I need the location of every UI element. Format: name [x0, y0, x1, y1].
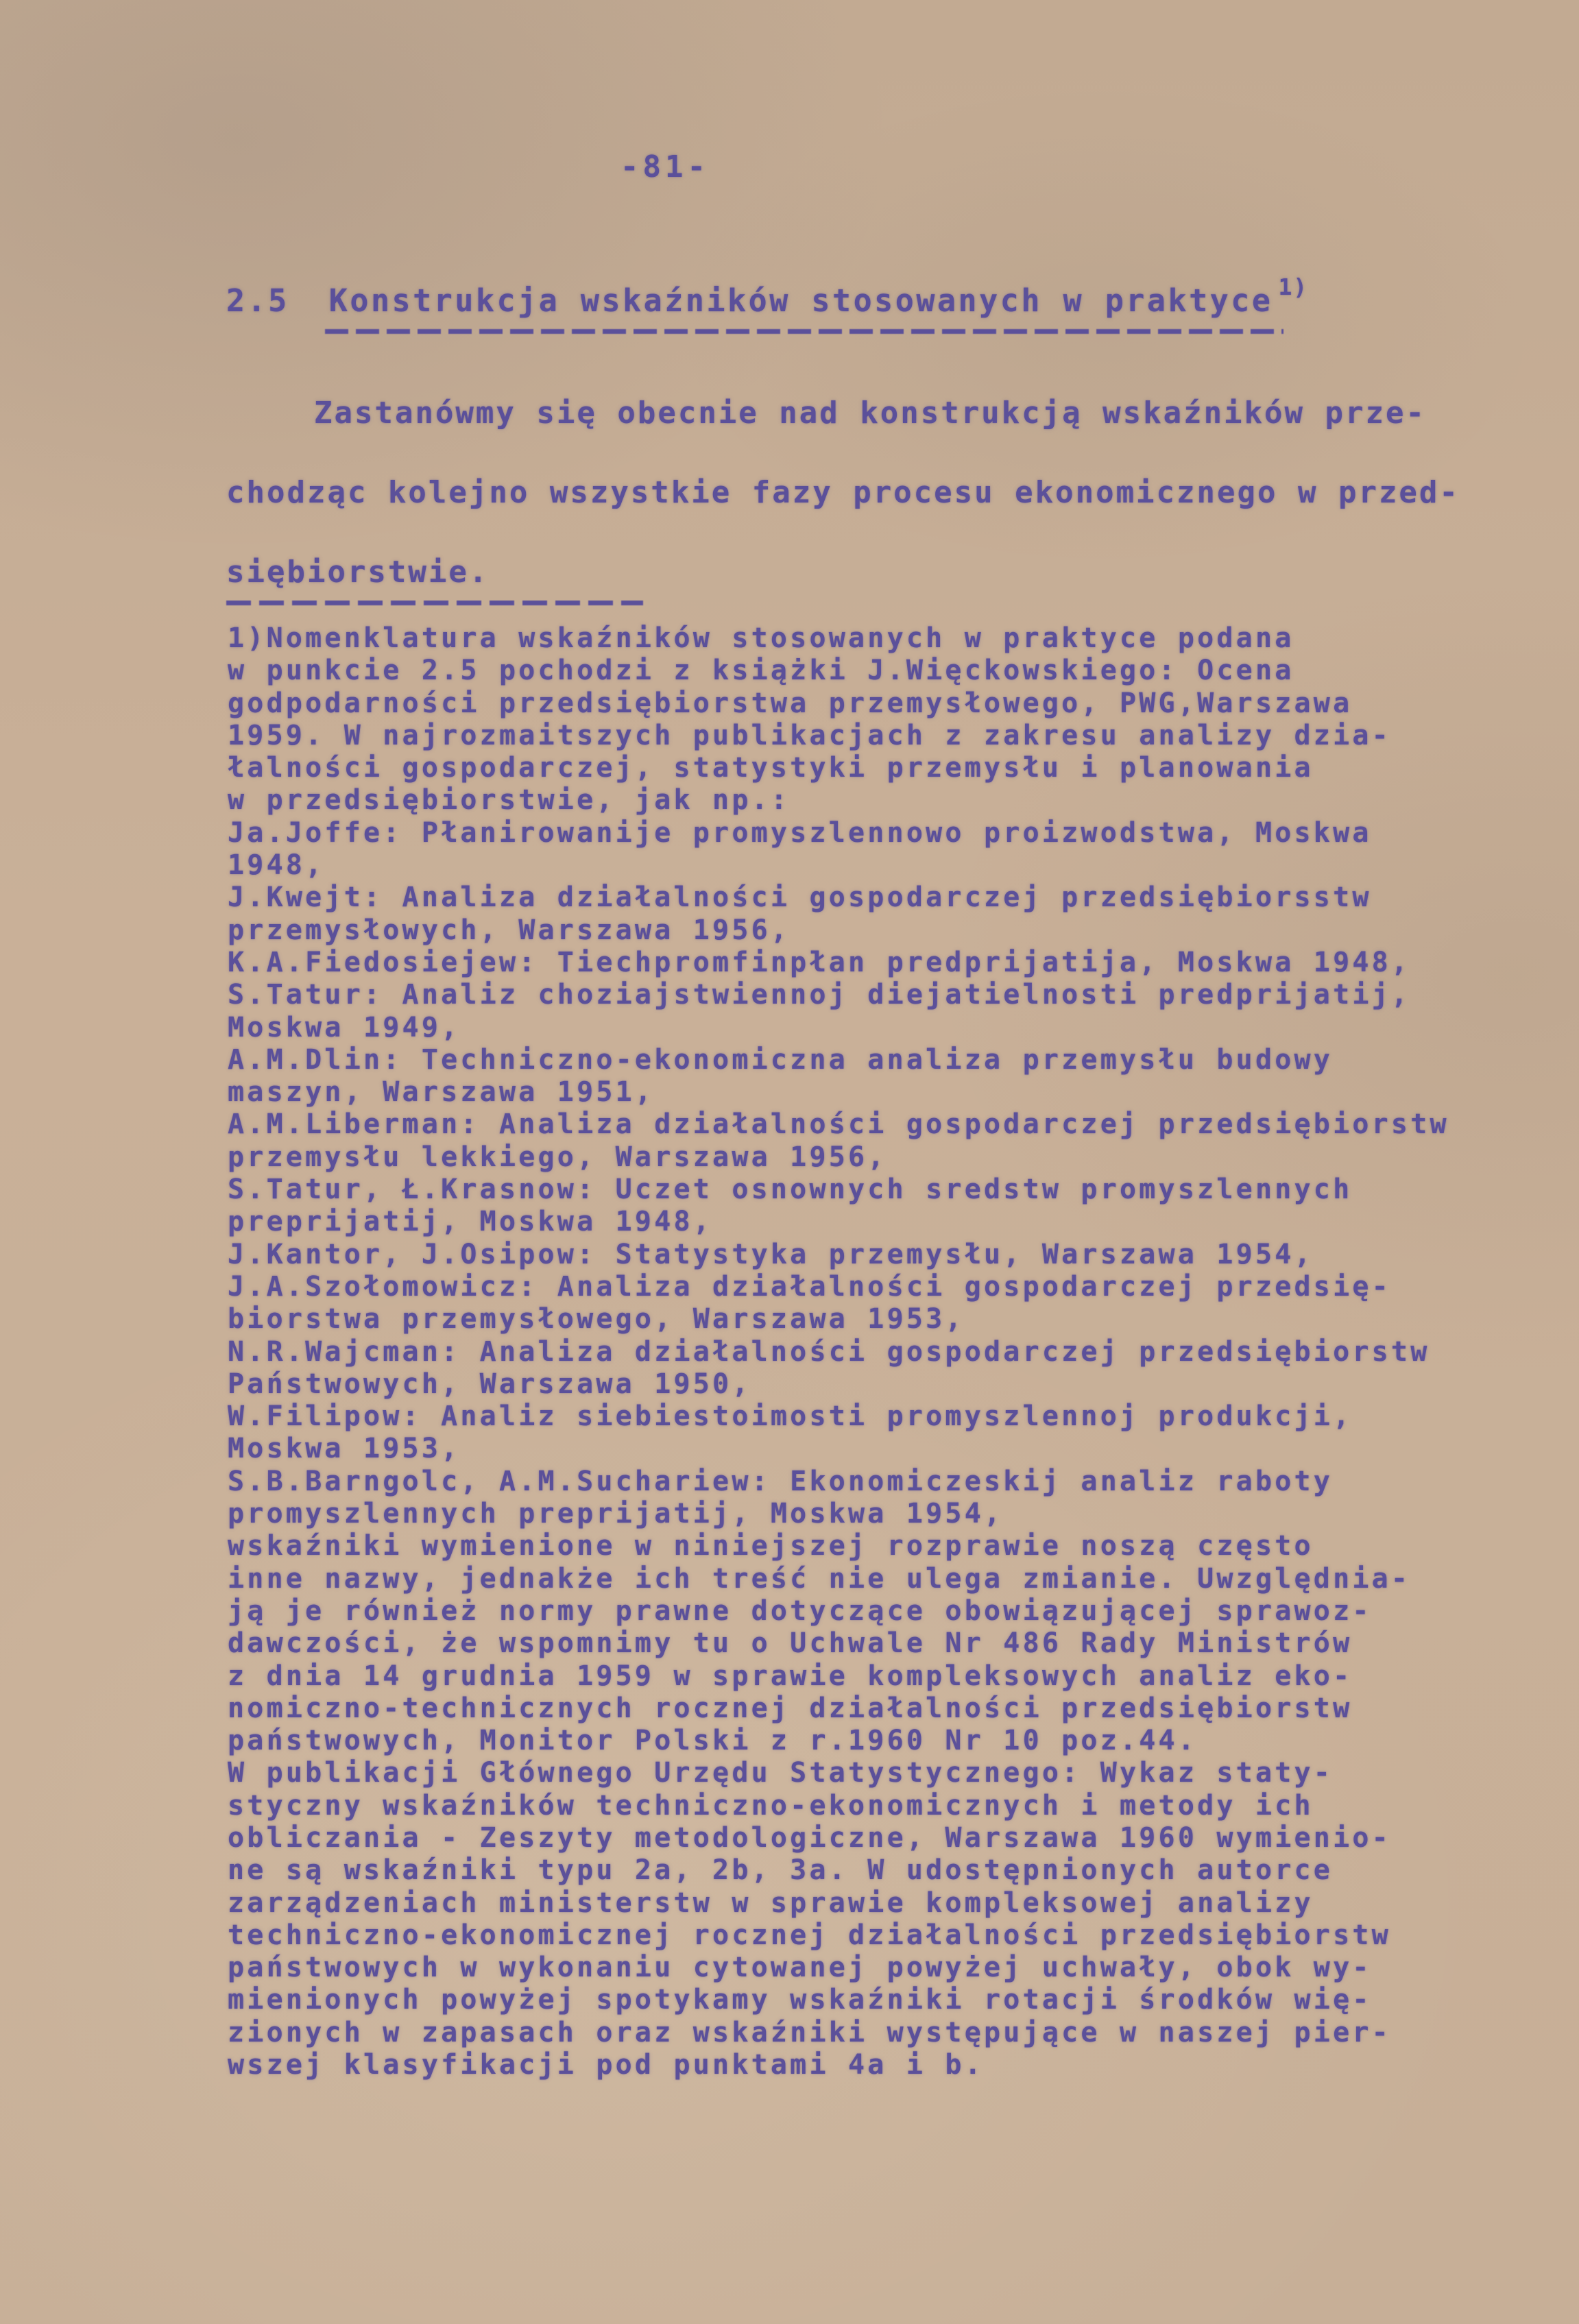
- footnote-separator: [226, 601, 643, 605]
- heading-title: Konstrukcja wskaźników stosowanych w pra…: [329, 282, 1273, 319]
- scanned-document-page: -81- 2.5Konstrukcja wskaźników stosowany…: [0, 0, 1579, 2324]
- section-number: 2.5: [226, 282, 289, 319]
- section-heading: 2.5Konstrukcja wskaźników stosowanych w …: [226, 282, 1308, 319]
- footnote-text: 1)Nomenklatura wskaźników stosowanych w …: [228, 622, 1449, 2081]
- page-number: -81-: [620, 149, 710, 184]
- intro-paragraph: Zastanówmy się obecnie nad konstrukcją w…: [226, 374, 1543, 612]
- footnote-ref-superscript: 1): [1278, 274, 1308, 300]
